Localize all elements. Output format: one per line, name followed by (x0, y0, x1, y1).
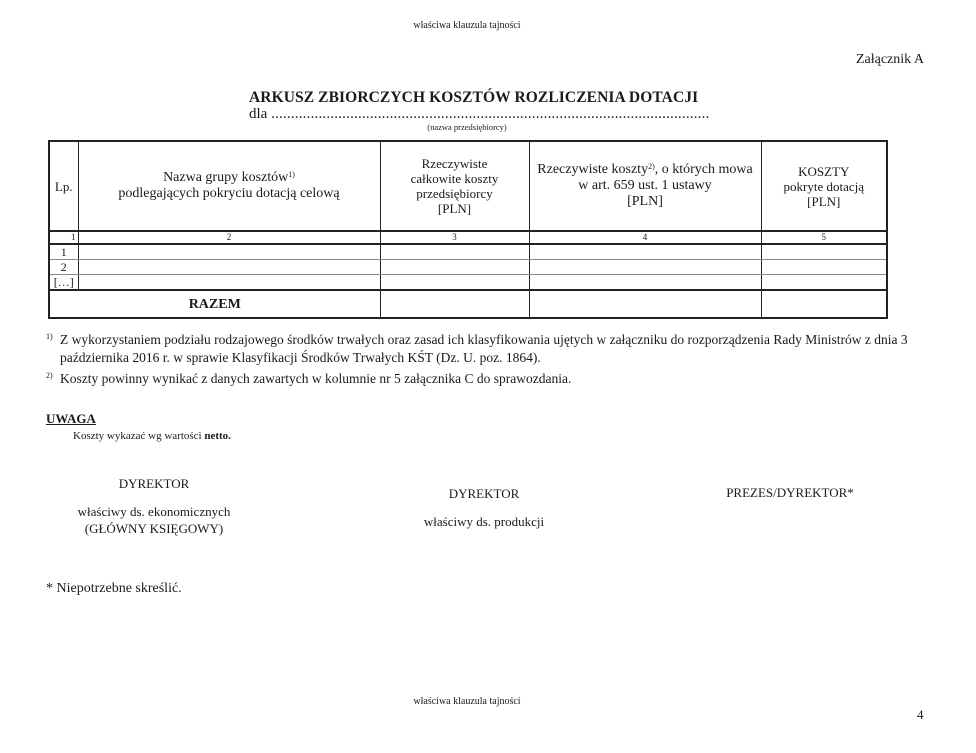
classification-header: właściwa klauzula tajności (0, 20, 934, 31)
cell-actual-costs[interactable] (529, 275, 761, 291)
col-header-actual-costs: Rzeczywiste koszty2), o których mowa w a… (529, 141, 761, 231)
for-label: dla (249, 106, 267, 122)
cell-name[interactable] (78, 244, 380, 260)
cell-covered-costs[interactable] (761, 244, 887, 260)
classification-footer: właściwa klauzula tajności (0, 696, 934, 707)
footnote-text: Koszty powinny wynikać z danych zawartyc… (60, 370, 936, 388)
cell-total-costs[interactable] (380, 275, 529, 291)
footnote-text: Z wykorzystaniem podziału rodzajowego śr… (60, 331, 936, 367)
strike-note: * Niepotrzebne skreślić. (46, 581, 182, 597)
cell-total-costs[interactable] (380, 244, 529, 260)
col-header-covered-costs: KOSZTY pokryte dotacją [PLN] (761, 141, 887, 231)
cell-name[interactable] (78, 275, 380, 291)
cell-covered-costs[interactable] (761, 275, 887, 291)
document-title: ARKUSZ ZBIORCZYCH KOSZTÓW ROZLICZENIA DO… (249, 89, 698, 107)
cell-actual-costs[interactable] (529, 260, 761, 275)
company-name-hint: (nazwa przedsiębiorcy) (0, 122, 934, 132)
table-row: 1 (49, 244, 887, 260)
signature-president-title: PREZES/DYREKTOR* (690, 485, 890, 501)
notice-text: Koszty wykazać wg wartości netto. (73, 430, 231, 442)
col-index-1: 1 (49, 231, 78, 244)
total-actual-costs[interactable] (529, 290, 761, 318)
signature-economic-director-title: DYREKTOR (54, 476, 254, 492)
footnote-mark: 1) (46, 328, 53, 346)
row-lp: […] (49, 275, 78, 291)
col-index-4: 4 (529, 231, 761, 244)
table-row: 2 (49, 260, 887, 275)
col-header-lp: Lp. (49, 141, 78, 231)
costs-table: Lp. Nazwa grupy kosztów1) podlegających … (48, 140, 888, 319)
signature-production-director-title: DYREKTOR (384, 486, 584, 502)
total-row: RAZEM (49, 290, 887, 318)
signature-economic-director-role: właściwy ds. ekonomicznych (54, 504, 254, 520)
total-label: RAZEM (49, 290, 380, 318)
signature-production-director-role: właściwy ds. produkcji (384, 514, 584, 530)
col-header-name: Nazwa grupy kosztów1) podlegających pokr… (78, 141, 380, 231)
page-number: 4 (917, 707, 924, 723)
cell-total-costs[interactable] (380, 260, 529, 275)
col-header-total-costs: Rzeczywiste całkowite koszty przedsiębio… (380, 141, 529, 231)
cell-actual-costs[interactable] (529, 244, 761, 260)
notice-heading: UWAGA (46, 411, 96, 427)
footnote-2: 2) Koszty powinny wynikać z danych zawar… (46, 370, 936, 388)
table-header-row: Lp. Nazwa grupy kosztów1) podlegających … (49, 141, 887, 231)
col-index-3: 3 (380, 231, 529, 244)
company-line: dla ....................................… (249, 106, 710, 123)
col-index-5: 5 (761, 231, 887, 244)
total-total-costs[interactable] (380, 290, 529, 318)
footnote-ref-1: 1) (288, 170, 295, 179)
total-covered-costs[interactable] (761, 290, 887, 318)
company-name-field[interactable]: ........................................… (271, 106, 709, 122)
column-index-row: 1 2 3 4 5 (49, 231, 887, 244)
row-lp: 2 (49, 260, 78, 275)
annex-label: Załącznik A (856, 52, 924, 68)
signature-chief-accountant: (GŁÓWNY KSIĘGOWY) (54, 521, 254, 537)
footnote-ref-2: 2) (648, 162, 655, 171)
row-lp: 1 (49, 244, 78, 260)
col-index-2: 2 (78, 231, 380, 244)
cell-covered-costs[interactable] (761, 260, 887, 275)
footnote-mark: 2) (46, 367, 53, 385)
cell-name[interactable] (78, 260, 380, 275)
footnote-1: 1) Z wykorzystaniem podziału rodzajowego… (46, 331, 936, 367)
table-row: […] (49, 275, 887, 291)
